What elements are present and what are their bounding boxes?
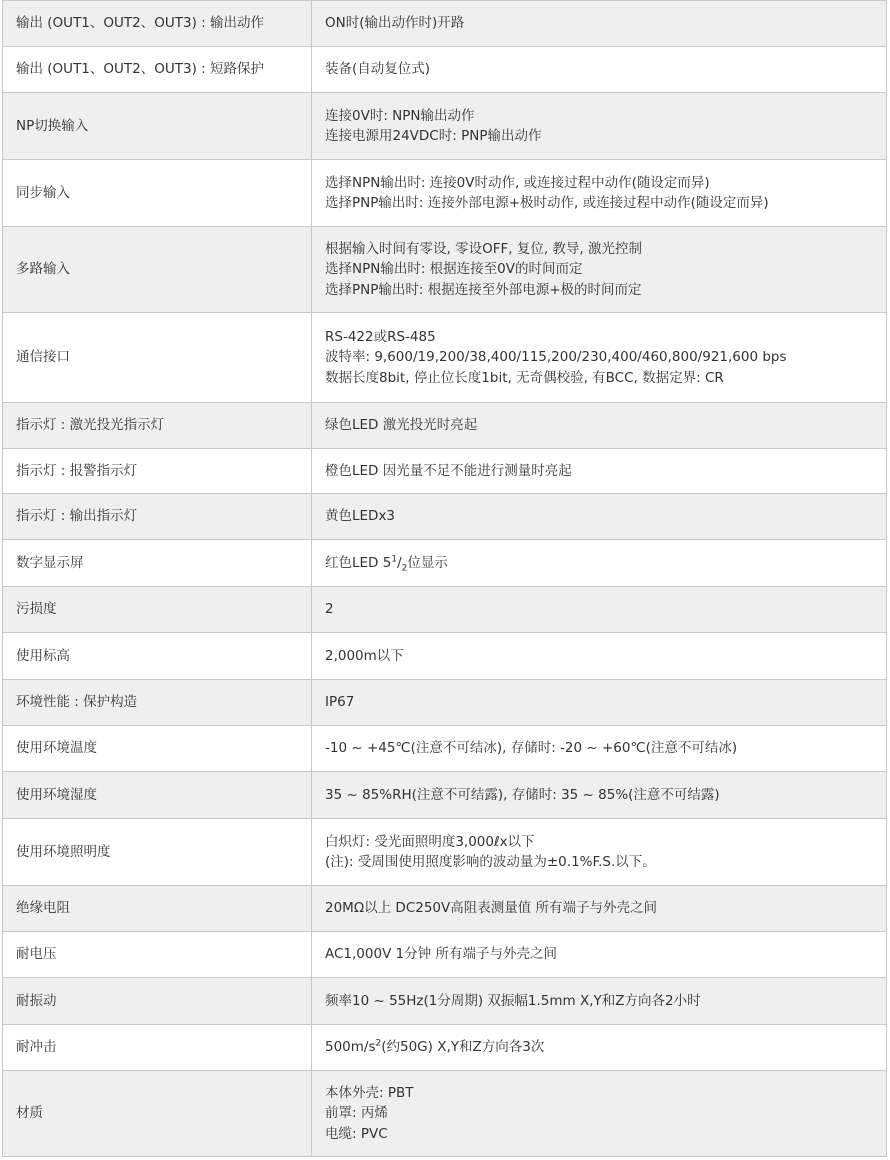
spec-label: 输出 (OUT1、OUT2、OUT3) : 输出动作 (16, 15, 264, 31)
spec-table-body: 输出 (OUT1、OUT2、OUT3) : 输出动作ON时(输出动作时)开路输出… (3, 1, 887, 1157)
spec-value-cell: 500m/s2(约50G) X,Y和Z方向各3次 (312, 1025, 887, 1071)
spec-label-cell: 同步输入 (3, 160, 312, 227)
spec-value-line: 根据输入时间有零设, 零设OFF, 复位, 教导, 激光控制 (325, 239, 873, 260)
spec-value-line: 选择NPN输出时: 连接0V时动作, 或连接过程中动作(随设定而异) (325, 173, 873, 194)
table-row: 输出 (OUT1、OUT2、OUT3) : 输出动作ON时(输出动作时)开路 (3, 1, 887, 47)
spec-value-line: AC1,000V 1分钟 所有端子与外壳之间 (325, 944, 873, 965)
spec-value-line: 500m/s2(约50G) X,Y和Z方向各3次 (325, 1037, 873, 1058)
spec-label: 使用标高 (16, 648, 70, 664)
spec-label-cell: 绝缘电阻 (3, 886, 312, 932)
spec-label-cell: 耐振动 (3, 978, 312, 1025)
table-row: 通信接口RS-422或RS-485波特率: 9,600/19,200/38,40… (3, 313, 887, 403)
spec-value-line: -10 ~ +45℃(注意不可结冰), 存储时: -20 ~ +60℃(注意不可… (325, 738, 873, 759)
spec-value-cell: 橙色LED 因光量不足不能进行测量时亮起 (312, 449, 887, 494)
spec-value-line: 波特率: 9,600/19,200/38,400/115,200/230,400… (325, 347, 873, 368)
spec-label: 环境性能 : 保护构造 (16, 694, 137, 710)
spec-value-line: 白炽灯: 受光面照明度3,000ℓx以下 (325, 832, 873, 853)
spec-label-cell: 输出 (OUT1、OUT2、OUT3) : 短路保护 (3, 47, 312, 93)
spec-label: 耐振动 (16, 993, 57, 1009)
spec-value-line: 数据长度8bit, 停止位长度1bit, 无奇偶校验, 有BCC, 数据定界: … (325, 368, 873, 389)
spec-label-cell: 指示灯 : 输出指示灯 (3, 494, 312, 540)
table-row: 使用环境温度-10 ~ +45℃(注意不可结冰), 存储时: -20 ~ +60… (3, 726, 887, 772)
table-row: 污损度2 (3, 587, 887, 633)
spec-value-line: 前罩: 丙烯 (325, 1103, 873, 1124)
spec-label-cell: 通信接口 (3, 313, 312, 403)
spec-table: 输出 (OUT1、OUT2、OUT3) : 输出动作ON时(输出动作时)开路输出… (2, 0, 887, 1157)
spec-value-cell: 2,000m以下 (312, 633, 887, 680)
table-row: 输出 (OUT1、OUT2、OUT3) : 短路保护装备(自动复位式) (3, 47, 887, 93)
spec-label: NP切换输入 (16, 118, 88, 134)
spec-label: 输出 (OUT1、OUT2、OUT3) : 短路保护 (16, 61, 264, 77)
spec-value-cell: 选择NPN输出时: 连接0V时动作, 或连接过程中动作(随设定而异)选择PNP输… (312, 160, 887, 227)
spec-value-cell: 白炽灯: 受光面照明度3,000ℓx以下(注): 受周围使用照度影响的波动量为±… (312, 819, 887, 886)
spec-label-cell: 环境性能 : 保护构造 (3, 680, 312, 726)
table-row: 指示灯 : 激光投光指示灯绿色LED 激光投光时亮起 (3, 403, 887, 449)
spec-value-suffix: (约50G) X,Y和Z方向各3次 (381, 1039, 544, 1055)
spec-value-cell: 20MΩ以上 DC250V高阻表测量值 所有端子与外壳之间 (312, 886, 887, 932)
table-row: 环境性能 : 保护构造IP67 (3, 680, 887, 726)
spec-label-cell: 使用标高 (3, 633, 312, 680)
spec-label: 耐冲击 (16, 1039, 57, 1055)
spec-label: 绝缘电阻 (16, 900, 70, 916)
spec-label-cell: 数字显示屏 (3, 540, 312, 587)
table-row: 多路输入根据输入时间有零设, 零设OFF, 复位, 教导, 激光控制选择NPN输… (3, 227, 887, 313)
spec-value-suffix: 位显示 (407, 555, 448, 571)
spec-label: 指示灯 : 输出指示灯 (16, 508, 137, 524)
table-row: 同步输入选择NPN输出时: 连接0V时动作, 或连接过程中动作(随设定而异)选择… (3, 160, 887, 227)
spec-value-line: IP67 (325, 692, 873, 713)
spec-value-line: 选择NPN输出时: 根据连接至0V的时间而定 (325, 259, 873, 280)
spec-value-line: 选择PNP输出时: 根据连接至外部电源+极的时间而定 (325, 280, 873, 301)
spec-label-cell: 耐电压 (3, 932, 312, 978)
spec-label: 指示灯 : 激光投光指示灯 (16, 417, 164, 433)
spec-label-cell: 使用环境温度 (3, 726, 312, 772)
spec-value-prefix: 500m/s (325, 1039, 376, 1055)
spec-label: 使用环境照明度 (16, 844, 111, 860)
spec-value-line: 橙色LED 因光量不足不能进行测量时亮起 (325, 461, 873, 482)
table-row: 使用环境湿度35 ~ 85%RH(注意不可结露), 存储时: 35 ~ 85%(… (3, 772, 887, 819)
spec-value-line: ON时(输出动作时)开路 (325, 13, 873, 34)
spec-value-cell: ON时(输出动作时)开路 (312, 1, 887, 47)
spec-label-cell: 材质 (3, 1071, 312, 1157)
spec-label: 指示灯 : 报警指示灯 (16, 463, 137, 479)
spec-label-cell: 指示灯 : 激光投光指示灯 (3, 403, 312, 449)
spec-value-cell: 红色LED 51/2位显示 (312, 540, 887, 587)
spec-value-cell: -10 ~ +45℃(注意不可结冰), 存储时: -20 ~ +60℃(注意不可… (312, 726, 887, 772)
spec-label: 数字显示屏 (16, 555, 84, 571)
table-row: NP切换输入连接0V时: NPN输出动作连接电源用24VDC时: PNP输出动作 (3, 93, 887, 160)
spec-label-cell: 使用环境照明度 (3, 819, 312, 886)
table-row: 指示灯 : 报警指示灯橙色LED 因光量不足不能进行测量时亮起 (3, 449, 887, 494)
spec-label-cell: 多路输入 (3, 227, 312, 313)
spec-label: 多路输入 (16, 261, 70, 277)
spec-value-line: 35 ~ 85%RH(注意不可结露), 存储时: 35 ~ 85%(注意不可结露… (325, 785, 873, 806)
table-row: 使用标高2,000m以下 (3, 633, 887, 680)
spec-value-cell: 黄色LEDx3 (312, 494, 887, 540)
spec-value-line: 装备(自动复位式) (325, 59, 873, 80)
spec-value-line: 红色LED 51/2位显示 (325, 553, 873, 574)
spec-value-cell: 频率10 ~ 55Hz(1分周期) 双振幅1.5mm X,Y和Z方向各2小时 (312, 978, 887, 1025)
spec-label-cell: 输出 (OUT1、OUT2、OUT3) : 输出动作 (3, 1, 312, 47)
table-row: 绝缘电阻20MΩ以上 DC250V高阻表测量值 所有端子与外壳之间 (3, 886, 887, 932)
table-row: 耐冲击500m/s2(约50G) X,Y和Z方向各3次 (3, 1025, 887, 1071)
spec-label: 材质 (16, 1105, 43, 1121)
spec-value-line: 2 (325, 599, 873, 620)
spec-value-line: (注): 受周围使用照度影响的波动量为±0.1%F.S.以下。 (325, 852, 873, 873)
spec-value-cell: 35 ~ 85%RH(注意不可结露), 存储时: 35 ~ 85%(注意不可结露… (312, 772, 887, 819)
table-row: 使用环境照明度白炽灯: 受光面照明度3,000ℓx以下(注): 受周围使用照度影… (3, 819, 887, 886)
spec-label: 使用环境温度 (16, 740, 97, 756)
spec-value-line: 20MΩ以上 DC250V高阻表测量值 所有端子与外壳之间 (325, 898, 873, 919)
spec-value-cell: AC1,000V 1分钟 所有端子与外壳之间 (312, 932, 887, 978)
spec-value-cell: 根据输入时间有零设, 零设OFF, 复位, 教导, 激光控制选择NPN输出时: … (312, 227, 887, 313)
table-row: 材质本体外壳: PBT前罩: 丙烯电缆: PVC (3, 1071, 887, 1157)
spec-label-cell: 指示灯 : 报警指示灯 (3, 449, 312, 494)
spec-value-line: 绿色LED 激光投光时亮起 (325, 415, 873, 436)
table-row: 耐电压AC1,000V 1分钟 所有端子与外壳之间 (3, 932, 887, 978)
spec-value-cell: IP67 (312, 680, 887, 726)
spec-label: 使用环境湿度 (16, 787, 97, 803)
spec-label-cell: 污损度 (3, 587, 312, 633)
spec-value-line: 选择PNP输出时: 连接外部电源+极时动作, 或连接过程中动作(随设定而异) (325, 193, 873, 214)
spec-value-line: 频率10 ~ 55Hz(1分周期) 双振幅1.5mm X,Y和Z方向各2小时 (325, 991, 873, 1012)
table-row: 指示灯 : 输出指示灯黄色LEDx3 (3, 494, 887, 540)
spec-value-cell: 装备(自动复位式) (312, 47, 887, 93)
spec-value-prefix: 红色LED 5 (325, 555, 391, 571)
spec-value-line: 本体外壳: PBT (325, 1083, 873, 1104)
table-row: 数字显示屏红色LED 51/2位显示 (3, 540, 887, 587)
spec-value-line: RS-422或RS-485 (325, 327, 873, 348)
spec-label-cell: 耐冲击 (3, 1025, 312, 1071)
spec-value-cell: RS-422或RS-485波特率: 9,600/19,200/38,400/11… (312, 313, 887, 403)
spec-label: 同步输入 (16, 185, 70, 201)
spec-value-line: 电缆: PVC (325, 1124, 873, 1145)
spec-label-cell: NP切换输入 (3, 93, 312, 160)
spec-label: 耐电压 (16, 946, 57, 962)
spec-value-cell: 绿色LED 激光投光时亮起 (312, 403, 887, 449)
spec-value-cell: 本体外壳: PBT前罩: 丙烯电缆: PVC (312, 1071, 887, 1157)
spec-value-line: 黄色LEDx3 (325, 506, 873, 527)
spec-label: 通信接口 (16, 349, 70, 365)
table-row: 耐振动频率10 ~ 55Hz(1分周期) 双振幅1.5mm X,Y和Z方向各2小… (3, 978, 887, 1025)
spec-value-cell: 连接0V时: NPN输出动作连接电源用24VDC时: PNP输出动作 (312, 93, 887, 160)
spec-value-cell: 2 (312, 587, 887, 633)
spec-label: 污损度 (16, 601, 57, 617)
spec-label-cell: 使用环境湿度 (3, 772, 312, 819)
spec-value-line: 连接电源用24VDC时: PNP输出动作 (325, 126, 873, 147)
spec-value-line: 连接0V时: NPN输出动作 (325, 106, 873, 127)
spec-value-line: 2,000m以下 (325, 646, 873, 667)
